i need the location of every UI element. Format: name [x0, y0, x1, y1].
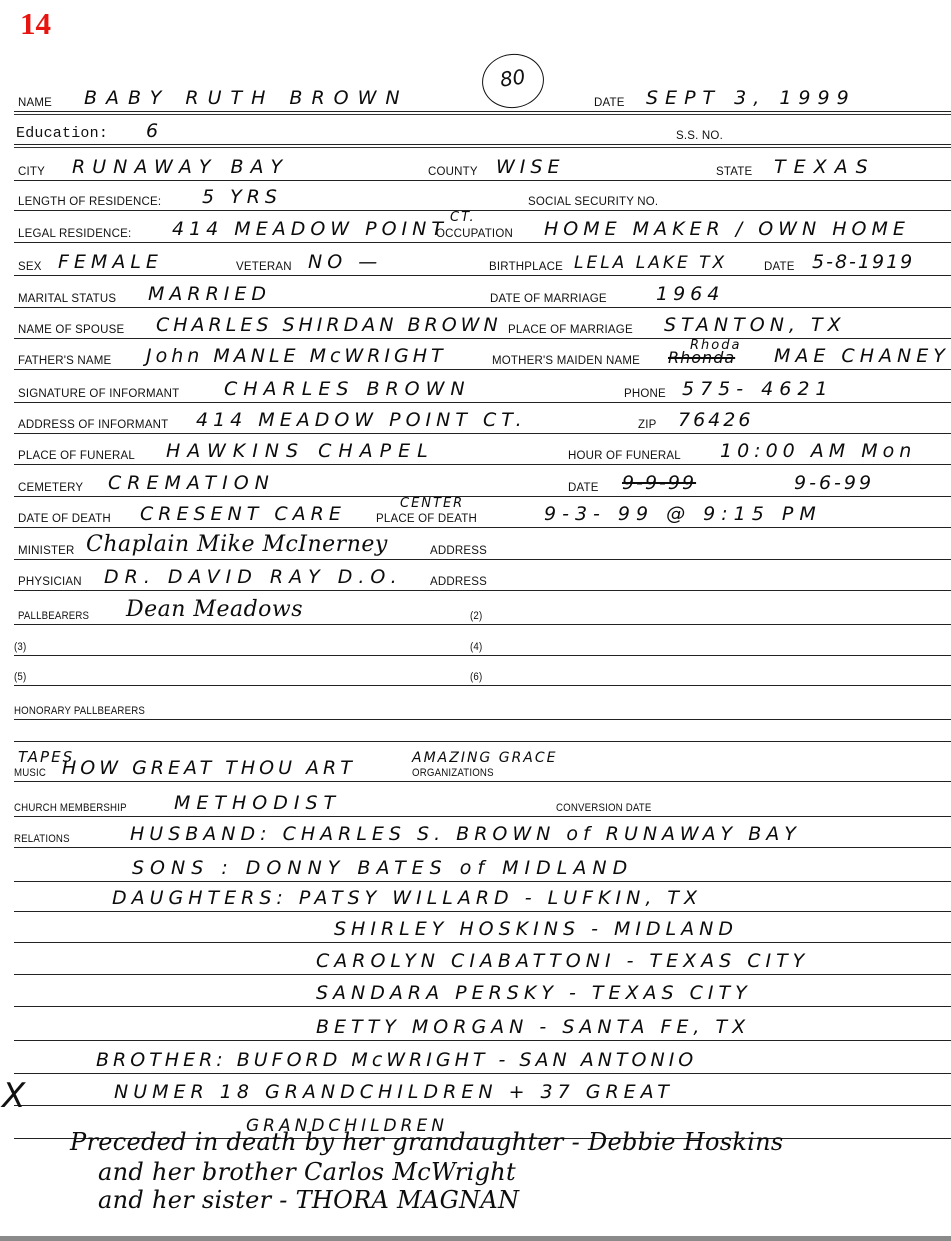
row-cemetery: CEMETERY CREMATION DATE 9-9-99 9-6-99: [14, 467, 951, 497]
ss-no-label: S.S. NO.: [676, 130, 723, 142]
relations-line[interactable]: BROTHER: BUFORD McWRIGHT - SAN ANTONIO: [96, 1049, 697, 1071]
note-line: Preceded in death by her grandaughter - …: [70, 1128, 784, 1156]
organizations-label: ORGANIZATIONS: [412, 767, 494, 779]
pallbearer-6-label: (6): [470, 671, 482, 683]
divider: [14, 1040, 951, 1041]
divider: [14, 433, 951, 434]
relations-line[interactable]: SONS : DONNY BATES of MIDLAND: [132, 857, 633, 879]
veteran-label: VETERAN: [236, 261, 292, 273]
row-education: Education: 6 S.S. NO.: [14, 115, 951, 145]
birthdate-value[interactable]: 5-8-1919: [812, 251, 914, 273]
row-parents: FATHER'S NAME John MANLE McWRIGHT MOTHER…: [14, 340, 951, 370]
date-of-marriage-label: DATE OF MARRIAGE: [490, 293, 607, 305]
row-pallbearers-1: PALLBEARERS Dean Meadows (2): [14, 595, 951, 625]
divider: [14, 496, 951, 497]
row-pallbearers-3: (5) (6): [14, 656, 951, 686]
relations-row-7: BROTHER: BUFORD McWRIGHT - SAN ANTONIO: [14, 1044, 951, 1074]
divider: [14, 685, 951, 686]
divider: [14, 464, 951, 465]
length-of-residence-value[interactable]: 5 YRS: [202, 186, 282, 208]
pallbearer-1-value[interactable]: Dean Meadows: [126, 597, 303, 622]
pallbearer-3-label: (3): [14, 641, 26, 653]
occupation-label: OCCUPATION: [436, 228, 513, 240]
divider: [14, 816, 951, 817]
spouse-value[interactable]: CHARLES SHIRDAN BROWN: [156, 314, 502, 336]
mother-maiden-name-label: MOTHER'S MAIDEN NAME: [492, 355, 640, 367]
birthplace-label: BIRTHPLACE: [489, 261, 563, 273]
divider: [14, 590, 951, 591]
zip-value[interactable]: 76426: [678, 409, 753, 431]
place-of-marriage-label: PLACE OF MARRIAGE: [508, 324, 633, 336]
row-pallbearers-2: (3) (4): [14, 626, 951, 656]
row-legal-residence: LEGAL RESIDENCE: 414 MEADOW POINT CT. OC…: [14, 213, 951, 243]
row-informant: SIGNATURE OF INFORMANT CHARLES BROWN PHO…: [14, 373, 951, 403]
relations-line[interactable]: SANDARA PERSKY - TEXAS CITY: [316, 982, 752, 1004]
mother-maiden-name-value[interactable]: MAE CHANEY: [774, 345, 950, 367]
relations-row-4: CAROLYN CIABATTONI - TEXAS CITY: [14, 945, 951, 975]
death-place-value[interactable]: 9-3- 99 @ 9:15 PM: [544, 503, 822, 525]
death-place-label: PLACE OF DEATH: [376, 513, 477, 525]
city-value[interactable]: RUNAWAY BAY: [72, 156, 289, 178]
row-blank: [14, 712, 951, 742]
row-church: CHURCH MEMBERSHIP METHODIST CONVERSION D…: [14, 787, 951, 817]
death-place-addition[interactable]: CENTER: [400, 496, 464, 511]
phone-value[interactable]: 575- 4621: [682, 378, 834, 400]
father-name-label: FATHER'S NAME: [18, 355, 111, 367]
pallbearers-label: PALLBEARERS: [18, 610, 89, 622]
physician-label: PHYSICIAN: [18, 576, 82, 588]
note-line: and her brother Carlos McWright: [98, 1158, 516, 1186]
name-label: NAME: [18, 97, 52, 109]
date-of-marriage-value[interactable]: 1964: [656, 283, 724, 305]
note-line: and her sister - THORA MAGNAN: [98, 1186, 519, 1214]
legal-residence-suffix[interactable]: CT.: [450, 210, 476, 225]
divider: [14, 624, 951, 625]
name-value[interactable]: BABY RUTH BROWN: [84, 87, 409, 109]
row-funeral-place: PLACE OF FUNERAL HAWKINS CHAPEL HOUR OF …: [14, 435, 951, 465]
funeral-hour-value[interactable]: 10:00 AM Mon: [720, 440, 916, 462]
spouse-label: NAME OF SPOUSE: [18, 324, 124, 336]
state-label: STATE: [716, 166, 752, 178]
county-label: COUNTY: [428, 166, 478, 178]
pallbearer-2-label: (2): [470, 610, 482, 622]
relations-row-3: SHIRLEY HOSKINS - MIDLAND: [14, 913, 951, 943]
social-security-label: SOCIAL SECURITY NO.: [528, 196, 658, 208]
occupation-value[interactable]: HOME MAKER / OWN HOME: [544, 218, 910, 240]
relations-line[interactable]: DAUGHTERS: PATSY WILLARD - LUFKIN, TX: [112, 887, 702, 909]
physician-value[interactable]: DR. DAVID RAY D.O.: [104, 566, 403, 588]
divider: [14, 369, 951, 370]
informant-address-label: ADDRESS OF INFORMANT: [18, 419, 168, 431]
city-label: CITY: [18, 166, 45, 178]
marital-status-value[interactable]: MARRIED: [148, 283, 271, 305]
church-membership-label: CHURCH MEMBERSHIP: [14, 802, 127, 814]
row-marital: MARITAL STATUS MARRIED DATE OF MARRIAGE …: [14, 278, 951, 308]
relations-row-1: SONS : DONNY BATES of MIDLAND: [14, 852, 951, 882]
phone-label: PHONE: [624, 388, 666, 400]
row-residence-length: LENGTH OF RESIDENCE: 5 YRS SOCIAL SECURI…: [14, 181, 951, 211]
relations-line[interactable]: HUSBAND: CHARLES S. BROWN of RUNAWAY BAY: [130, 823, 801, 845]
death-date-label: DATE OF DEATH: [18, 513, 111, 525]
relations-label: RELATIONS: [14, 833, 70, 845]
sex-value[interactable]: FEMALE: [58, 251, 163, 273]
divider: [14, 974, 951, 975]
divider: [14, 307, 951, 308]
row-sex: SEX FEMALE VETERAN NO — BIRTHPLACE LELA …: [14, 246, 951, 276]
birthplace-value[interactable]: LELA LAKE TX: [574, 253, 727, 273]
date-value[interactable]: SEPT 3, 1999: [646, 87, 856, 109]
divider: [14, 1105, 951, 1106]
funeral-hour-label: HOUR OF FUNERAL: [568, 450, 681, 462]
legal-residence-value[interactable]: 414 MEADOW POINT: [172, 218, 448, 240]
relations-line[interactable]: CAROLYN CIABATTONI - TEXAS CITY: [316, 950, 809, 972]
divider: [14, 942, 951, 943]
death-date-value[interactable]: CRESENT CARE: [140, 503, 346, 525]
zip-label: ZIP: [638, 419, 657, 431]
funeral-place-value[interactable]: HAWKINS CHAPEL: [166, 440, 435, 462]
divider: [14, 741, 951, 742]
divider: [14, 559, 951, 560]
divider: [14, 275, 951, 276]
row-spouse: NAME OF SPOUSE CHARLES SHIRDAN BROWN PLA…: [14, 309, 951, 339]
divider: [14, 242, 951, 243]
legal-residence-label: LEGAL RESIDENCE:: [18, 228, 131, 240]
veteran-value[interactable]: NO —: [308, 251, 382, 273]
music-extra[interactable]: AMAZING GRACE: [412, 750, 558, 766]
education-label: Education:: [16, 125, 108, 142]
informant-signature-label: SIGNATURE OF INFORMANT: [18, 388, 179, 400]
divider: [14, 1073, 951, 1074]
relations-row-6: BETTY MORGAN - SANTA FE, TX: [14, 1011, 951, 1041]
date-label: DATE: [594, 97, 625, 109]
divider: [14, 781, 951, 782]
divider: [14, 111, 951, 112]
relations-line[interactable]: SHIRLEY HOSKINS - MIDLAND: [334, 918, 738, 940]
cemetery-label: CEMETERY: [18, 482, 83, 494]
county-value[interactable]: WISE: [496, 156, 564, 178]
divider: [14, 1006, 951, 1007]
conversion-date-label: CONVERSION DATE: [556, 802, 652, 814]
relations-line[interactable]: NUMER 18 GRANDCHILDREN + 37 GREAT: [114, 1081, 674, 1103]
cemetery-value[interactable]: CREMATION: [108, 472, 275, 494]
length-of-residence-label: LENGTH OF RESIDENCE:: [18, 196, 161, 208]
church-membership-value[interactable]: METHODIST: [174, 792, 341, 814]
divider: [14, 338, 951, 339]
relations-row-8: NUMER 18 GRANDCHILDREN + 37 GREAT: [14, 1076, 951, 1106]
state-value[interactable]: TEXAS: [774, 156, 876, 178]
pallbearer-4-label: (4): [470, 641, 482, 653]
divider: [14, 527, 951, 528]
birthdate-label: DATE: [764, 261, 795, 273]
informant-address-value[interactable]: 414 MEADOW POINT CT.: [196, 409, 527, 431]
physician-address-label: ADDRESS: [430, 576, 487, 588]
funeral-date-struck: 9-9-99: [622, 472, 696, 494]
row-death: DATE OF DEATH CRESENT CARE CENTER PLACE …: [14, 498, 951, 528]
music-label: MUSIC: [14, 767, 46, 779]
relations-row-2: DAUGHTERS: PATSY WILLARD - LUFKIN, TX: [14, 882, 951, 912]
minister-value[interactable]: Chaplain Mike McInerney: [86, 532, 388, 557]
row-physician: PHYSICIAN DR. DAVID RAY D.O. ADDRESS: [14, 561, 951, 591]
page-number: 14: [20, 6, 51, 42]
divider: [14, 210, 951, 211]
pallbearer-5-label: (5): [14, 671, 26, 683]
relations-row-0: RELATIONS HUSBAND: CHARLES S. BROWN of R…: [14, 818, 951, 848]
relations-line[interactable]: BETTY MORGAN - SANTA FE, TX: [316, 1016, 750, 1038]
informant-signature-value[interactable]: CHARLES BROWN: [224, 378, 471, 400]
minister-address-label: ADDRESS: [430, 545, 487, 557]
marital-status-label: MARITAL STATUS: [18, 293, 116, 305]
row-city: CITY RUNAWAY BAY COUNTY WISE STATE TEXAS: [14, 151, 951, 181]
divider: [14, 144, 951, 145]
father-name-value[interactable]: John MANLE McWRIGHT: [146, 345, 447, 367]
divider: [14, 847, 951, 848]
funeral-place-label: PLACE OF FUNERAL: [18, 450, 135, 462]
row-name: NAME BABY RUTH BROWN DATE SEPT 3, 1999: [14, 82, 951, 112]
relations-row-5: SANDARA PERSKY - TEXAS CITY: [14, 977, 951, 1007]
minister-label: MINISTER: [18, 545, 75, 557]
funeral-date-label: DATE: [568, 482, 599, 494]
divider: [14, 911, 951, 912]
funeral-date-value[interactable]: 9-6-99: [794, 472, 874, 494]
place-of-marriage-value[interactable]: STANTON, TX: [664, 314, 846, 336]
divider: [14, 402, 951, 403]
mother-name-struck: Rhonda: [668, 348, 735, 367]
row-minister: MINISTER Chaplain Mike McInerney ADDRESS: [14, 530, 951, 560]
page-bottom-edge: [0, 1236, 951, 1241]
row-informant-address: ADDRESS OF INFORMANT 414 MEADOW POINT CT…: [14, 404, 951, 434]
sex-label: SEX: [18, 261, 42, 273]
education-value[interactable]: 6: [146, 120, 163, 142]
row-music: TAPES MUSIC HOW GREAT THOU ART AMAZING G…: [14, 752, 951, 782]
music-value[interactable]: HOW GREAT THOU ART: [62, 757, 356, 779]
